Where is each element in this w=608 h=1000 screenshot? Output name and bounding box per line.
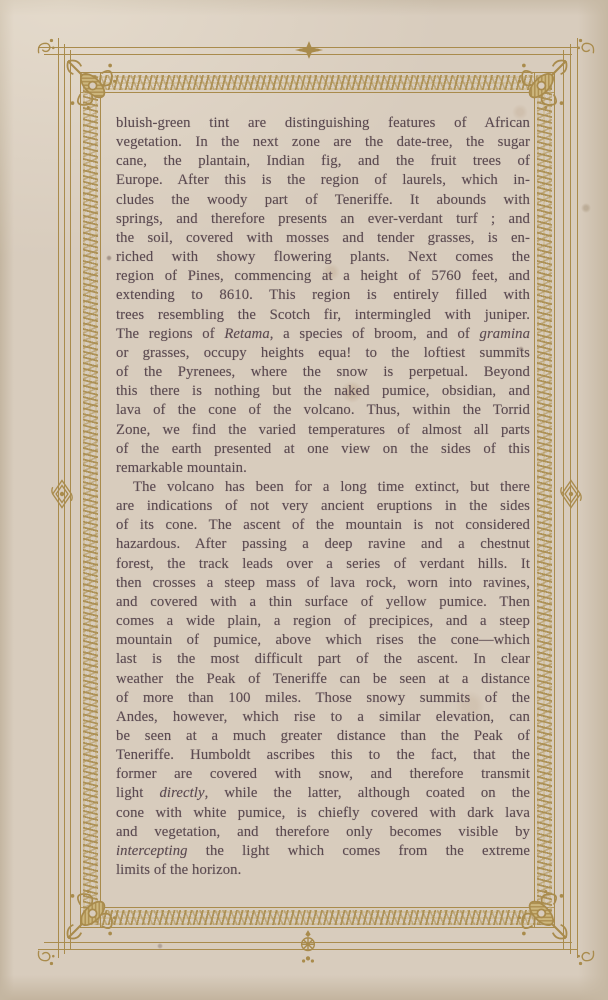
text-line: of the earth presented at one view on th… [116, 440, 530, 459]
text-line: mountain of pumice, above which rises th… [116, 631, 530, 650]
frame-rule-top-outer [38, 47, 578, 48]
text-line: of more than 100 miles. Those snowy summ… [116, 689, 530, 708]
frame-rule-left-2 [64, 44, 65, 954]
book-page: bluish-green tint are distinguishing fea… [0, 0, 608, 1000]
text-line: cludes the woody part of Teneriffe. It a… [116, 191, 530, 210]
spiral-curl-icon [36, 36, 56, 56]
text-line: or grasses, occupy heights equa! to the … [116, 344, 530, 363]
text-line: vegetation. In the next zone are the dat… [116, 133, 530, 152]
text-line: former are covered with snow, and theref… [116, 765, 530, 784]
page-text: bluish-green tint are distinguishing fea… [116, 114, 530, 880]
frame-rule-left-3 [70, 50, 71, 950]
paragraph: bluish-green tint are distinguishing fea… [116, 114, 530, 478]
frame-rule-right-2 [570, 44, 571, 954]
text-line: the soil, covered with mosses and tender… [116, 229, 530, 248]
vine-band-top [80, 72, 555, 93]
frame-rule-left-1 [58, 38, 59, 958]
text-line: Andes, however, which rise to a similar … [116, 708, 530, 727]
rosette-wheel-icon [293, 928, 323, 964]
text-line: comes a wide plain, a region of precipic… [116, 612, 530, 631]
text-line: remarkable mountain. [116, 459, 530, 478]
frame-rule-right-1 [577, 38, 578, 958]
vine-band-left [80, 72, 101, 928]
text-line: then crosses a steep mass of lava rock, … [116, 574, 530, 593]
spiral-curl-icon [576, 36, 596, 56]
frame-rule-bottom-outer [38, 949, 578, 950]
text-line: extending to 8610. This region is entire… [116, 286, 530, 305]
text-line: and covered with a thin surface of yello… [116, 593, 530, 612]
text-line: region of Pines, commencing at a height … [116, 267, 530, 286]
text-line: forest, the track leads over a series of… [116, 555, 530, 574]
text-line: cane, the plantain, Indian fig, and the … [116, 152, 530, 171]
text-line: intercepting the light which comes from … [116, 842, 530, 861]
text-line: Europe. After this is the region of laur… [116, 171, 530, 190]
text-line: of its cone. The ascent of the mountain … [116, 516, 530, 535]
text-line: bluish-green tint are distinguishing fea… [116, 114, 530, 133]
frame-rule-top-inner [44, 54, 572, 55]
frame-rule-right-3 [563, 50, 564, 950]
text-line: hazardous. After passing a deep ravine a… [116, 535, 530, 554]
paragraph: The volcano has been for a long time ext… [116, 478, 530, 880]
text-line: are indications of not very ancient erup… [116, 497, 530, 516]
text-line: be seen at a much greater distance than … [116, 727, 530, 746]
text-line: cone with white pumice, is chiefly cover… [116, 804, 530, 823]
text-line: limits of the horizon. [116, 861, 530, 880]
frame-rule-bottom-inner [44, 942, 572, 943]
text-line: this there is nothing but the naked pumi… [116, 382, 530, 401]
spiral-curl-icon [36, 948, 56, 968]
text-line: last is the most difficult part of the a… [116, 650, 530, 669]
text-line: and vegetation, and therefore only becom… [116, 823, 530, 842]
star-cross-icon [294, 40, 324, 60]
vine-band-bottom [80, 907, 555, 928]
text-line: trees resembling the Scotch fir, intermi… [116, 306, 530, 325]
text-line: lava of the cone of the volcano. Thus, w… [116, 401, 530, 420]
text-line: Zone, we find the varied temperatures of… [116, 421, 530, 440]
spiral-curl-icon [576, 948, 596, 968]
text-line: of the Pyrenees, where the snow is perpe… [116, 363, 530, 382]
text-line: weather the Peak of Teneriffe can be see… [116, 670, 530, 689]
vine-band-right [534, 72, 555, 928]
text-line: The volcano has been for a long time ext… [116, 478, 530, 497]
text-line: light directly, while the latter, althou… [116, 784, 530, 803]
text-line: riched with showy flowering plants. Next… [116, 248, 530, 267]
text-line: springs, and therefore presents an ever-… [116, 210, 530, 229]
text-line: Teneriffe. Humboldt ascribes this to the… [116, 746, 530, 765]
text-line: The regions of Retama, a species of broo… [116, 325, 530, 344]
